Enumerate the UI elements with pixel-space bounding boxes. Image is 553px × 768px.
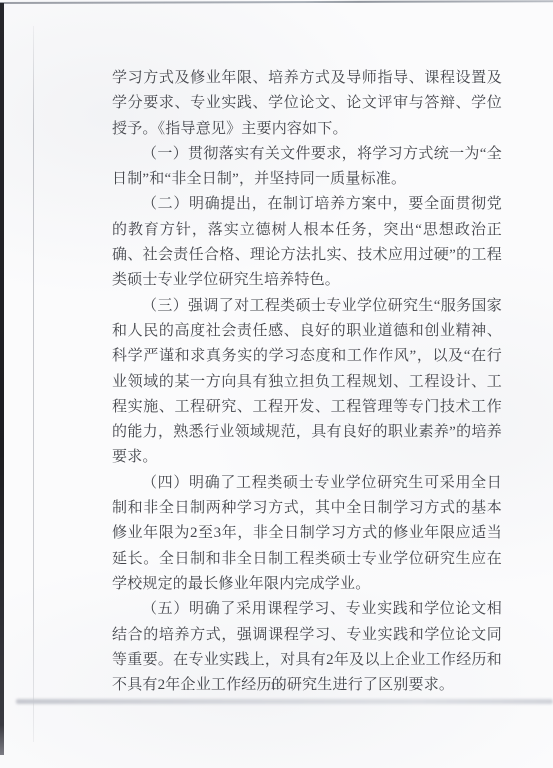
paragraph-item-4: （四）明确了工程类硕士专业学位研究生可采用全日制和非全日制两种学习方式，其中全日… (112, 471, 502, 597)
page-number: 10 (0, 680, 553, 692)
document-body: 学习方式及修业年限、培养方式及导师指导、课程设置及学分要求、专业实践、学位论文、… (112, 66, 502, 698)
scan-left-edge-strip (0, 3, 4, 755)
paragraph-item-3: （三）强调了对工程类硕士专业学位研究生“服务国家和人民的高度社会责任感、良好的职… (112, 294, 502, 471)
page-fold-line (33, 26, 34, 742)
scan-top-edge-line (0, 0, 553, 3)
paragraph-intro-continuation: 学习方式及修业年限、培养方式及导师指导、课程设置及学分要求、专业实践、学位论文、… (112, 66, 502, 142)
scanned-page: 学习方式及修业年限、培养方式及导师指导、课程设置及学分要求、专业实践、学位论文、… (0, 0, 553, 768)
scan-bottom-shadow (16, 699, 553, 704)
paragraph-item-2: （二）明确提出，在制订培养方案中，要全面贯彻党的教育方针，落实立德树人根本任务，… (112, 192, 502, 293)
paragraph-item-1: （一）贯彻落实有关文件要求，将学习方式统一为“全日制”和“非全日制”，并坚持同一… (112, 142, 502, 193)
